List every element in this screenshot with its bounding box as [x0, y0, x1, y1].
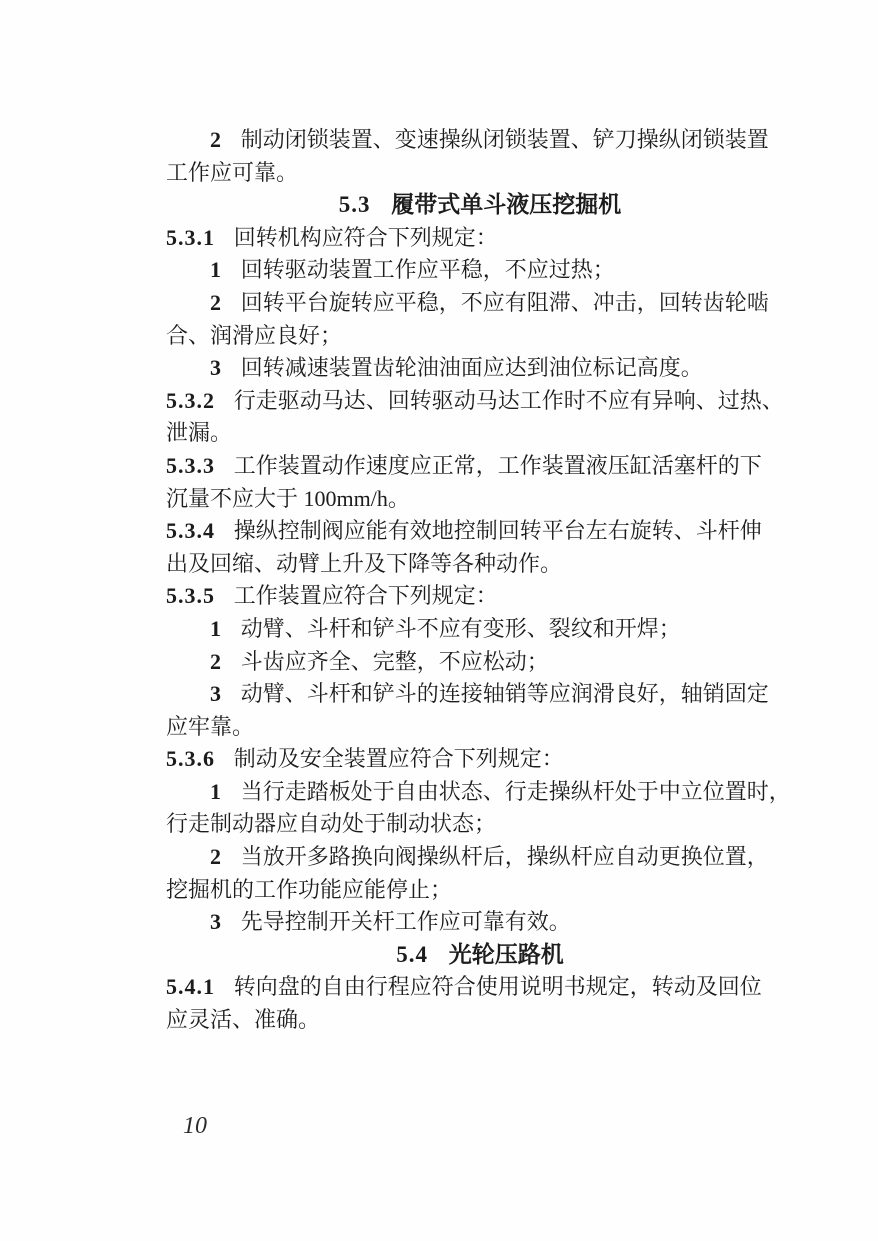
clause-number: 5.3.5 — [166, 583, 215, 608]
heading-number: 5.4 — [396, 942, 428, 967]
paragraph-text: 操纵控制阀应能有效地控制回转平台左右旋转、斗杆伸出及回缩、动臂上升及下降等各种动… — [166, 518, 762, 576]
item-paragraph: 2制动闭锁装置、变速操纵闭锁装置、铲刀操纵闭锁装置工作应可靠。 — [166, 124, 794, 189]
item-number: 1 — [210, 616, 222, 641]
item-number: 1 — [210, 779, 222, 804]
paragraph-text: 工作装置应符合下列规定： — [234, 583, 498, 608]
item-paragraph: 2当放开多路换向阀操纵杆后，操纵杆应自动更换位置，挖掘机的工作功能应能停止； — [166, 841, 794, 906]
paragraph-text: 斗齿应齐全、完整，不应松动； — [241, 649, 549, 674]
paragraph-text: 动臂、斗杆和铲斗不应有变形、裂纹和开焊； — [241, 616, 681, 641]
paragraph-text: 回转减速装置齿轮油油面应达到油位标记高度。 — [241, 355, 703, 380]
item-paragraph: 1动臂、斗杆和铲斗不应有变形、裂纹和开焊； — [166, 613, 794, 646]
paragraph-text: 当放开多路换向阀操纵杆后，操纵杆应自动更换位置，挖掘机的工作功能应能停止； — [166, 844, 769, 902]
paragraph-text: 工作装置动作速度应正常，工作装置液压缸活塞杆的下沉量不应大于 100mm/h。 — [166, 453, 762, 511]
item-paragraph: 2回转平台旋转应平稳，不应有阻滞、冲击，回转齿轮啮合、润滑应良好； — [166, 287, 794, 352]
clause-number: 5.3.2 — [166, 388, 215, 413]
clause-paragraph: 5.3.5工作装置应符合下列规定： — [166, 580, 794, 613]
clause-paragraph: 5.3.4操纵控制阀应能有效地控制回转平台左右旋转、斗杆伸出及回缩、动臂上升及下… — [166, 515, 794, 580]
heading-number: 5.3 — [339, 192, 371, 217]
clause-number: 5.3.1 — [166, 225, 215, 250]
item-number: 2 — [210, 649, 222, 674]
paragraph-text: 制动闭锁装置、变速操纵闭锁装置、铲刀操纵闭锁装置工作应可靠。 — [166, 127, 769, 185]
clause-paragraph: 5.3.3工作装置动作速度应正常，工作装置液压缸活塞杆的下沉量不应大于 100m… — [166, 450, 794, 515]
section-heading: 5.3履带式单斗液压挖掘机 — [166, 189, 794, 222]
item-paragraph: 1当行走踏板处于自由状态、行走操纵杆处于中立位置时，行走制动器应自动处于制动状态… — [166, 776, 794, 841]
document-sheet: 2制动闭锁装置、变速操纵闭锁装置、铲刀操纵闭锁装置工作应可靠。 5.3履带式单斗… — [0, 0, 878, 1241]
item-paragraph: 3回转减速装置齿轮油油面应达到油位标记高度。 — [166, 352, 794, 385]
item-number: 2 — [210, 127, 222, 152]
paragraph-text: 转向盘的自由行程应符合使用说明书规定，转动及回位应灵活、准确。 — [166, 974, 762, 1032]
paragraph-text: 回转平台旋转应平稳，不应有阻滞、冲击，回转齿轮啮合、润滑应良好； — [166, 290, 769, 348]
heading-title: 履带式单斗液压挖掘机 — [391, 192, 621, 217]
heading-title: 光轮压路机 — [449, 942, 564, 967]
paragraph-text: 回转机构应符合下列规定： — [234, 225, 498, 250]
item-number: 3 — [210, 681, 222, 706]
item-number: 1 — [210, 257, 222, 282]
item-number: 3 — [210, 909, 222, 934]
paragraph-text: 先导控制开关杆工作应可靠有效。 — [241, 909, 571, 934]
paragraph-text: 当行走踏板处于自由状态、行走操纵杆处于中立位置时，行走制动器应自动处于制动状态； — [166, 779, 791, 837]
clause-number: 5.3.3 — [166, 453, 215, 478]
paragraph-text: 动臂、斗杆和铲斗的连接轴销等应润滑良好，轴销固定应牢靠。 — [166, 681, 769, 739]
paragraph-text: 行走驱动马达、回转驱动马达工作时不应有异响、过热、泄漏。 — [166, 388, 784, 446]
item-paragraph: 3动臂、斗杆和铲斗的连接轴销等应润滑良好，轴销固定应牢靠。 — [166, 678, 794, 743]
item-number: 2 — [210, 844, 222, 869]
clause-paragraph: 5.3.2行走驱动马达、回转驱动马达工作时不应有异响、过热、泄漏。 — [166, 385, 794, 450]
section-heading: 5.4光轮压路机 — [166, 939, 794, 972]
item-number: 2 — [210, 290, 222, 315]
item-paragraph: 1回转驱动装置工作应平稳，不应过热； — [166, 254, 794, 287]
text-content: 2制动闭锁装置、变速操纵闭锁装置、铲刀操纵闭锁装置工作应可靠。 5.3履带式单斗… — [166, 124, 794, 1037]
clause-paragraph: 5.4.1转向盘的自由行程应符合使用说明书规定，转动及回位应灵活、准确。 — [166, 971, 794, 1036]
item-number: 3 — [210, 355, 222, 380]
paragraph-text: 制动及安全装置应符合下列规定： — [234, 746, 564, 771]
item-paragraph: 3先导控制开关杆工作应可靠有效。 — [166, 906, 794, 939]
item-paragraph: 2斗齿应齐全、完整，不应松动； — [166, 646, 794, 679]
clause-number: 5.3.4 — [166, 518, 215, 543]
clause-paragraph: 5.3.1回转机构应符合下列规定： — [166, 222, 794, 255]
paragraph-text: 回转驱动装置工作应平稳，不应过热； — [241, 257, 615, 282]
page-number: 10 — [183, 1110, 207, 1142]
clause-paragraph: 5.3.6制动及安全装置应符合下列规定： — [166, 743, 794, 776]
clause-number: 5.4.1 — [166, 974, 215, 999]
clause-number: 5.3.6 — [166, 746, 215, 771]
